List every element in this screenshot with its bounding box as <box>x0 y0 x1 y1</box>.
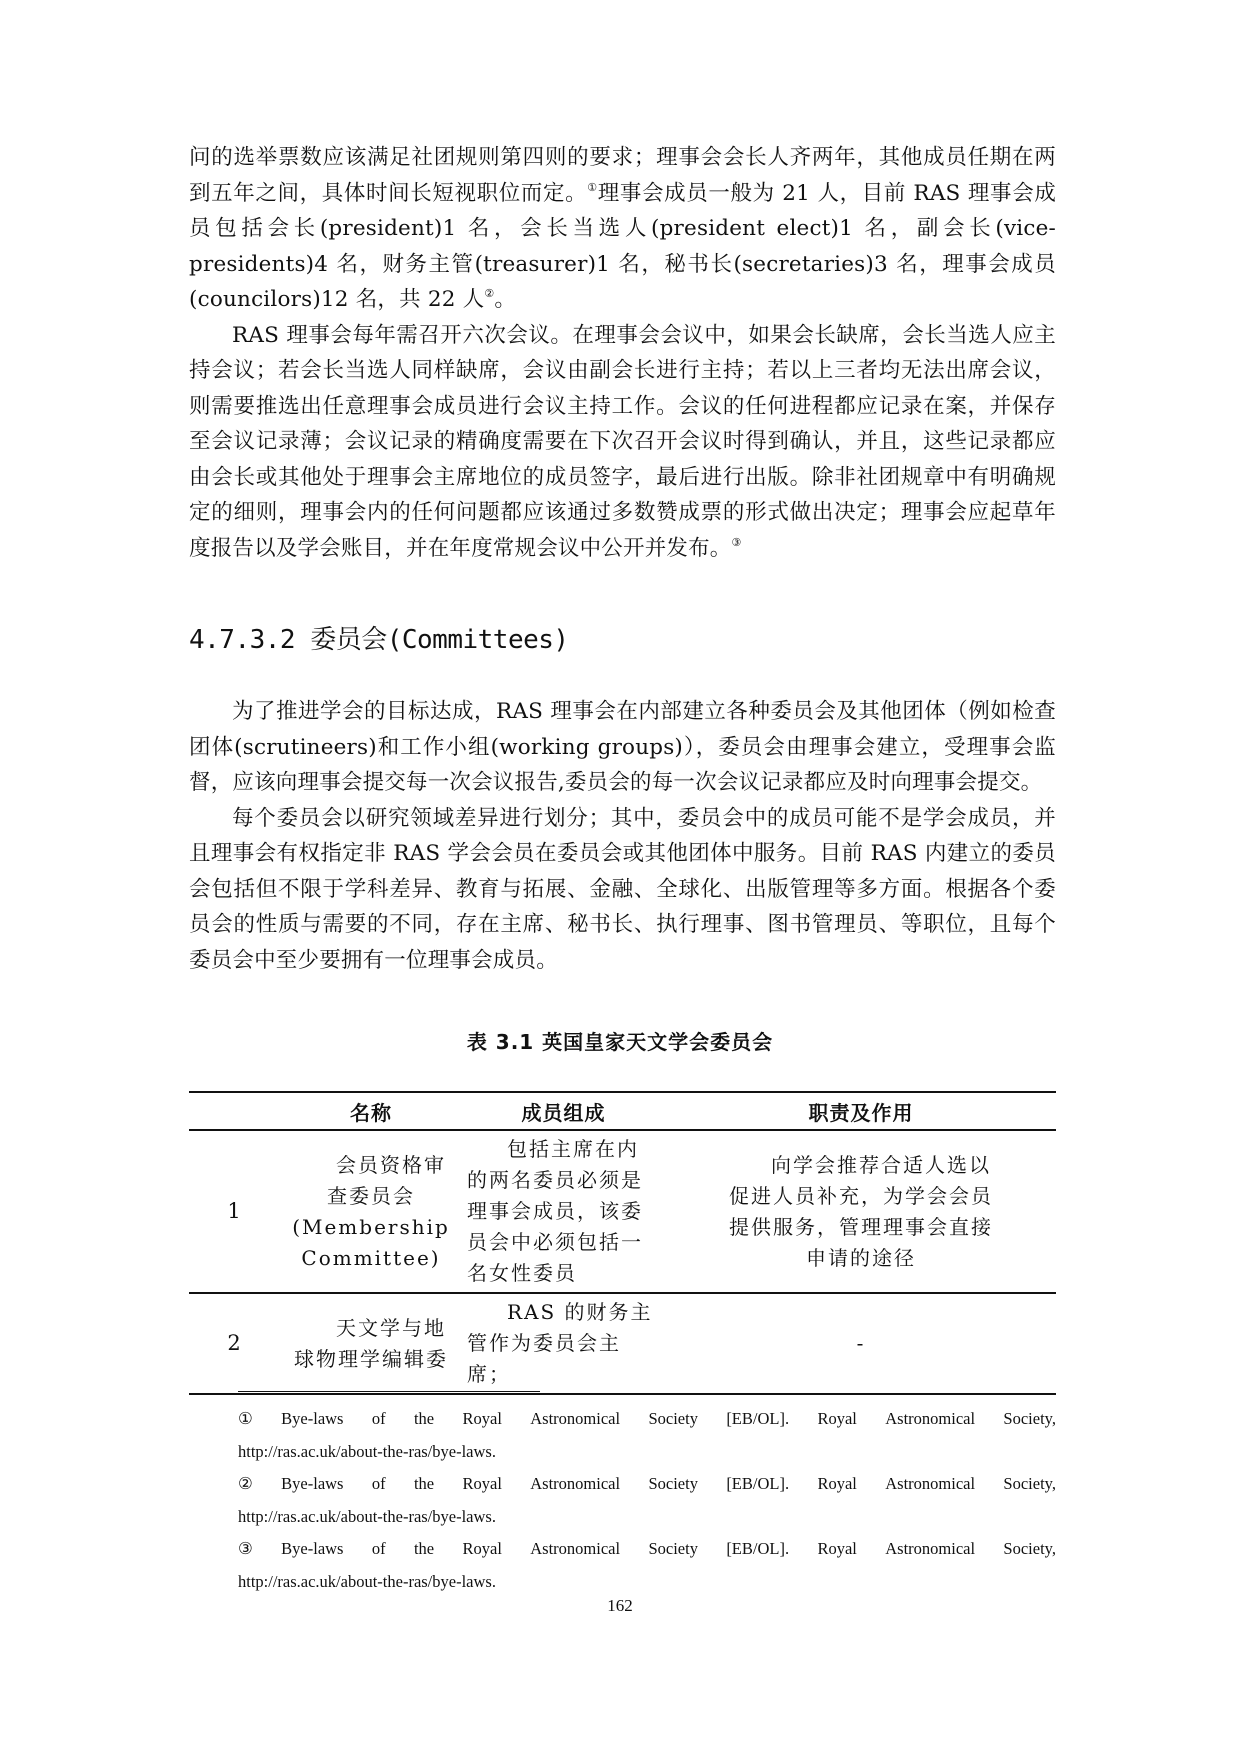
footnotes: ① Bye-laws of the Royal Astronomical Soc… <box>238 1403 1056 1598</box>
footnote-2: ② Bye-laws of the Royal Astronomical Soc… <box>238 1468 1056 1533</box>
paragraph-text: 。 <box>494 287 516 312</box>
footnote-url[interactable]: http://ras.ac.uk/about-the-ras/bye-laws. <box>238 1436 1056 1469</box>
footnote-3: ③ Bye-laws of the Royal Astronomical Soc… <box>238 1533 1056 1598</box>
paragraph-committees-division: 每个委员会以研究领域差异进行划分；其中，委员会中的成员可能不是学会成员，并且理事… <box>189 801 1056 979</box>
footnote-url[interactable]: http://ras.ac.uk/about-the-ras/bye-laws. <box>238 1566 1056 1599</box>
footnote-marker: ③ <box>238 1533 253 1566</box>
footnote-word: Astronomical <box>885 1403 975 1436</box>
footnote-ref-3[interactable]: ③ <box>732 536 742 549</box>
table-header-row: 名称 成员组成 职责及作用 <box>189 1092 1056 1130</box>
row-number: 2 <box>189 1293 281 1394</box>
row-name: 天文学与地球物理学编辑委 <box>281 1293 461 1394</box>
footnote-word: [EB/OL]. <box>726 1468 789 1501</box>
footnote-word: Society, <box>1003 1468 1056 1501</box>
footnote-word: of <box>372 1468 386 1501</box>
footnote-word: Royal <box>462 1533 501 1566</box>
footnote-word: Society <box>648 1468 698 1501</box>
page-number: 162 <box>0 1596 1240 1616</box>
row-number: 1 <box>189 1130 281 1293</box>
row-members: 包括主席在内的两名委员必须是理事会成员，该委员会中必须包括一名女性委员 <box>461 1130 666 1293</box>
footnote-word: Royal <box>817 1468 856 1501</box>
table-caption: 表 3.1 英国皇家天文学会委员会 <box>0 1027 1240 1057</box>
footnote-word: of <box>372 1533 386 1566</box>
row-duty: - <box>666 1293 1056 1394</box>
footnote-marker: ② <box>238 1468 253 1501</box>
footnote-word: Society <box>648 1533 698 1566</box>
body-text-top: 问的选举票数应该满足社团规则第四则的要求；理事会会长人齐两年，其他成员任期在两到… <box>189 140 1056 566</box>
footnote-word: of <box>372 1403 386 1436</box>
footnote-word: Astronomical <box>530 1468 620 1501</box>
paragraph-council-meetings: RAS 理事会每年需召开六次会议。在理事会会议中，如果会长缺席，会长当选人应主持… <box>189 318 1056 567</box>
paragraph-committees-intro: 为了推进学会的目标达成，RAS 理事会在内部建立各种委员会及其他团体（例如检查团… <box>189 694 1056 801</box>
paragraph-text: RAS 理事会每年需召开六次会议。在理事会会议中，如果会长缺席，会长当选人应主持… <box>189 323 1056 561</box>
row-duty: 向学会推荐合适人选以促进人员补充，为学会会员提供服务，管理理事会直接申请的途径 <box>666 1130 1056 1293</box>
footnote-marker: ① <box>238 1403 253 1436</box>
footnote-word: Royal <box>817 1403 856 1436</box>
footnote-word: Astronomical <box>885 1468 975 1501</box>
header-name: 名称 <box>281 1092 461 1130</box>
footnote-word: the <box>414 1403 434 1436</box>
footnote-word: Royal <box>462 1468 501 1501</box>
footnote-1: ① Bye-laws of the Royal Astronomical Soc… <box>238 1403 1056 1468</box>
footnote-ref-1[interactable]: ① <box>587 181 598 194</box>
header-duty: 职责及作用 <box>666 1092 1056 1130</box>
header-number <box>189 1092 281 1130</box>
committees-table: 名称 成员组成 职责及作用 1 会员资格审查委员会 (Membership Co… <box>189 1091 1056 1395</box>
section-heading: 4.7.3.2 委员会(Committees) <box>189 622 569 658</box>
footnote-word: [EB/OL]. <box>726 1403 789 1436</box>
footnote-word: Society, <box>1003 1533 1056 1566</box>
row-members: RAS 的财务主管作为委员会主席； <box>461 1293 666 1394</box>
footnote-word: the <box>414 1533 434 1566</box>
footnote-word: the <box>414 1468 434 1501</box>
table-row: 1 会员资格审查委员会 (Membership Committee) 包括主席在… <box>189 1130 1056 1293</box>
footnote-word: Bye-laws <box>281 1403 343 1436</box>
footnote-word: Bye-laws <box>281 1533 343 1566</box>
footnote-word: Astronomical <box>530 1403 620 1436</box>
body-text-committees: 为了推进学会的目标达成，RAS 理事会在内部建立各种委员会及其他团体（例如检查团… <box>189 694 1056 978</box>
table-row: 2 天文学与地球物理学编辑委 RAS 的财务主管作为委员会主席； - <box>189 1293 1056 1394</box>
footnote-ref-2[interactable]: ② <box>484 287 494 300</box>
header-members: 成员组成 <box>461 1092 666 1130</box>
footnote-word: Royal <box>462 1403 501 1436</box>
footnote-word: Bye-laws <box>281 1468 343 1501</box>
footnote-word: Royal <box>817 1533 856 1566</box>
row-name: 会员资格审查委员会 (Membership Committee) <box>281 1130 461 1293</box>
footnote-word: Astronomical <box>530 1533 620 1566</box>
footnote-word: [EB/OL]. <box>726 1533 789 1566</box>
footnote-url[interactable]: http://ras.ac.uk/about-the-ras/bye-laws. <box>238 1501 1056 1534</box>
footnote-word: Astronomical <box>885 1533 975 1566</box>
footnote-word: Society <box>648 1403 698 1436</box>
footnote-word: Society, <box>1003 1403 1056 1436</box>
footnote-separator <box>238 1391 540 1392</box>
paragraph-council-members: 问的选举票数应该满足社团规则第四则的要求；理事会会长人齐两年，其他成员任期在两到… <box>189 140 1056 318</box>
